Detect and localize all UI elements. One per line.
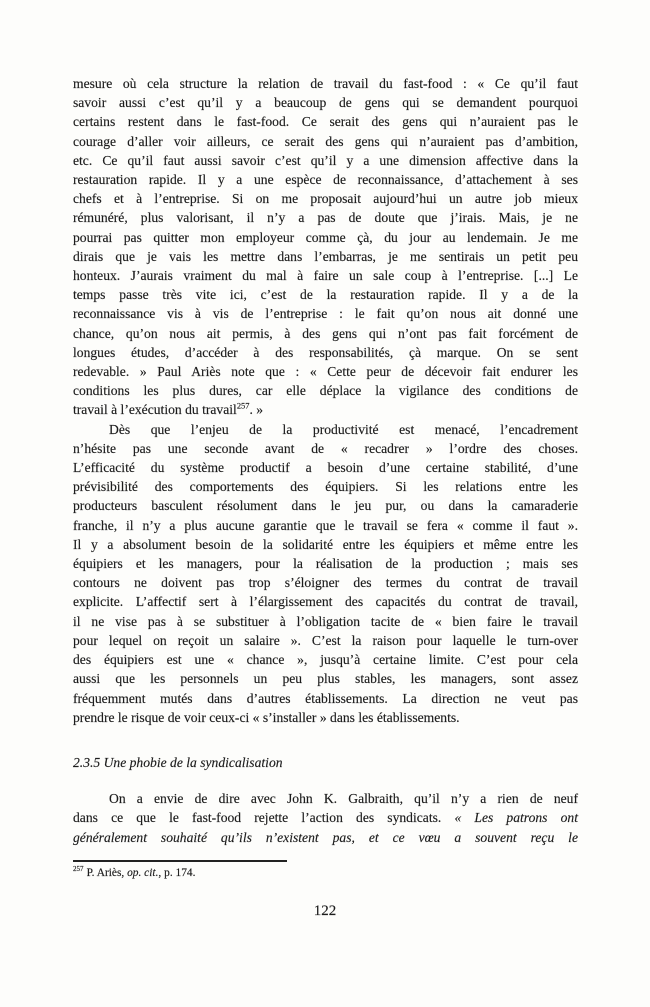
text-line: producteurs basculent résolument dans le…: [73, 496, 578, 515]
text-line: chefs et à l’entreprise. Si on me propos…: [73, 189, 578, 208]
text-line: prendre le risque de voir ceux-ci « s’in…: [73, 708, 578, 727]
text-line: conditions les plus dures, car elle dépl…: [73, 381, 578, 400]
text-line: honteux. J’aurais vraiment du mal à fair…: [73, 266, 578, 285]
text-line: dans ce que le fast-food rejette l’actio…: [73, 808, 578, 827]
text-line: dirais que je vais les mettre dans l’emb…: [73, 247, 578, 266]
text-line: n’hésite pas une seconde avant de « reca…: [73, 439, 578, 458]
text-line: travail à l’exécution du travail257. »: [73, 400, 578, 419]
text-line: reconnaissance vis à vis de l’entreprise…: [73, 304, 578, 323]
text-line: fréquemment mutés dans d’autres établiss…: [73, 689, 578, 708]
text-line: etc. Ce qu’il faut aussi savoir c’est qu…: [73, 151, 578, 170]
page-number: 122: [0, 903, 650, 920]
text-line: temps passe très vite ici, c’est de la r…: [73, 285, 578, 304]
text-line: mesure où cela structure la relation de …: [73, 74, 578, 93]
text-line: pour lequel on reçoit un salaire ». C’es…: [73, 631, 578, 650]
text-line: prévisibilité des comportements des équi…: [73, 477, 578, 496]
text-line: longues études, d’accéder à des responsa…: [73, 343, 578, 362]
text-line: courage d’aller voir ailleurs, ce serait…: [73, 132, 578, 151]
text-line: chance, qu’on nous ait permis, à des gen…: [73, 324, 578, 343]
text-line: franche, il n’y a plus aucune garantie q…: [73, 516, 578, 535]
text-line: il ne vise pas à se substituer à l’oblig…: [73, 612, 578, 631]
text-line: Dès que l’enjeu de la productivité est m…: [73, 420, 578, 439]
text-line: explicite. L’affectif sert à l’élargisse…: [73, 592, 578, 611]
footnote-text: P. Ariès, op. cit., p. 174.: [87, 867, 196, 879]
text-line: aussi que les personnels un peu plus sta…: [73, 669, 578, 688]
text-line: Il y a absolument besoin de la solidarit…: [73, 535, 578, 554]
text-line: des équipiers est une « chance », jusqu’…: [73, 650, 578, 669]
text-line: redevable. » Paul Ariès note que : « Cet…: [73, 362, 578, 381]
body-paragraph: Dès que l’enjeu de la productivité est m…: [73, 420, 578, 727]
text-line: contours ne doivent pas trop s’éloigner …: [73, 573, 578, 592]
text-line: On a envie de dire avec John K. Galbrait…: [73, 789, 578, 808]
footnote: 257P. Ariès, op. cit., p. 174.: [73, 866, 578, 881]
text-line: restauration rapide. Il y a une espèce d…: [73, 170, 578, 189]
section-heading: 2.3.5 Une phobie de la syndicalisation: [73, 753, 578, 772]
text-line: pourrai pas quitter mon employeur comme …: [73, 228, 578, 247]
text-line: L’efficacité du système productif a beso…: [73, 458, 578, 477]
body-paragraph: On a envie de dire avec John K. Galbrait…: [73, 789, 578, 847]
text-block: mesure où cela structure la relation de …: [73, 74, 578, 847]
text-line: généralement souhaité qu’ils n’existent …: [73, 828, 578, 847]
footnote-marker: 257: [73, 865, 84, 873]
text-line: équipiers et les managers, pour la réali…: [73, 554, 578, 573]
footnote-separator-rule: [73, 860, 287, 862]
document-page: mesure où cela structure la relation de …: [0, 0, 650, 1007]
text-line: savoir aussi c’est qu’il y a beaucoup de…: [73, 93, 578, 112]
text-line: certains restent dans le fast-food. Ce s…: [73, 112, 578, 131]
text-line: rémunéré, plus valorisant, il n’y a pas …: [73, 208, 578, 227]
body-paragraph: mesure où cela structure la relation de …: [73, 74, 578, 420]
